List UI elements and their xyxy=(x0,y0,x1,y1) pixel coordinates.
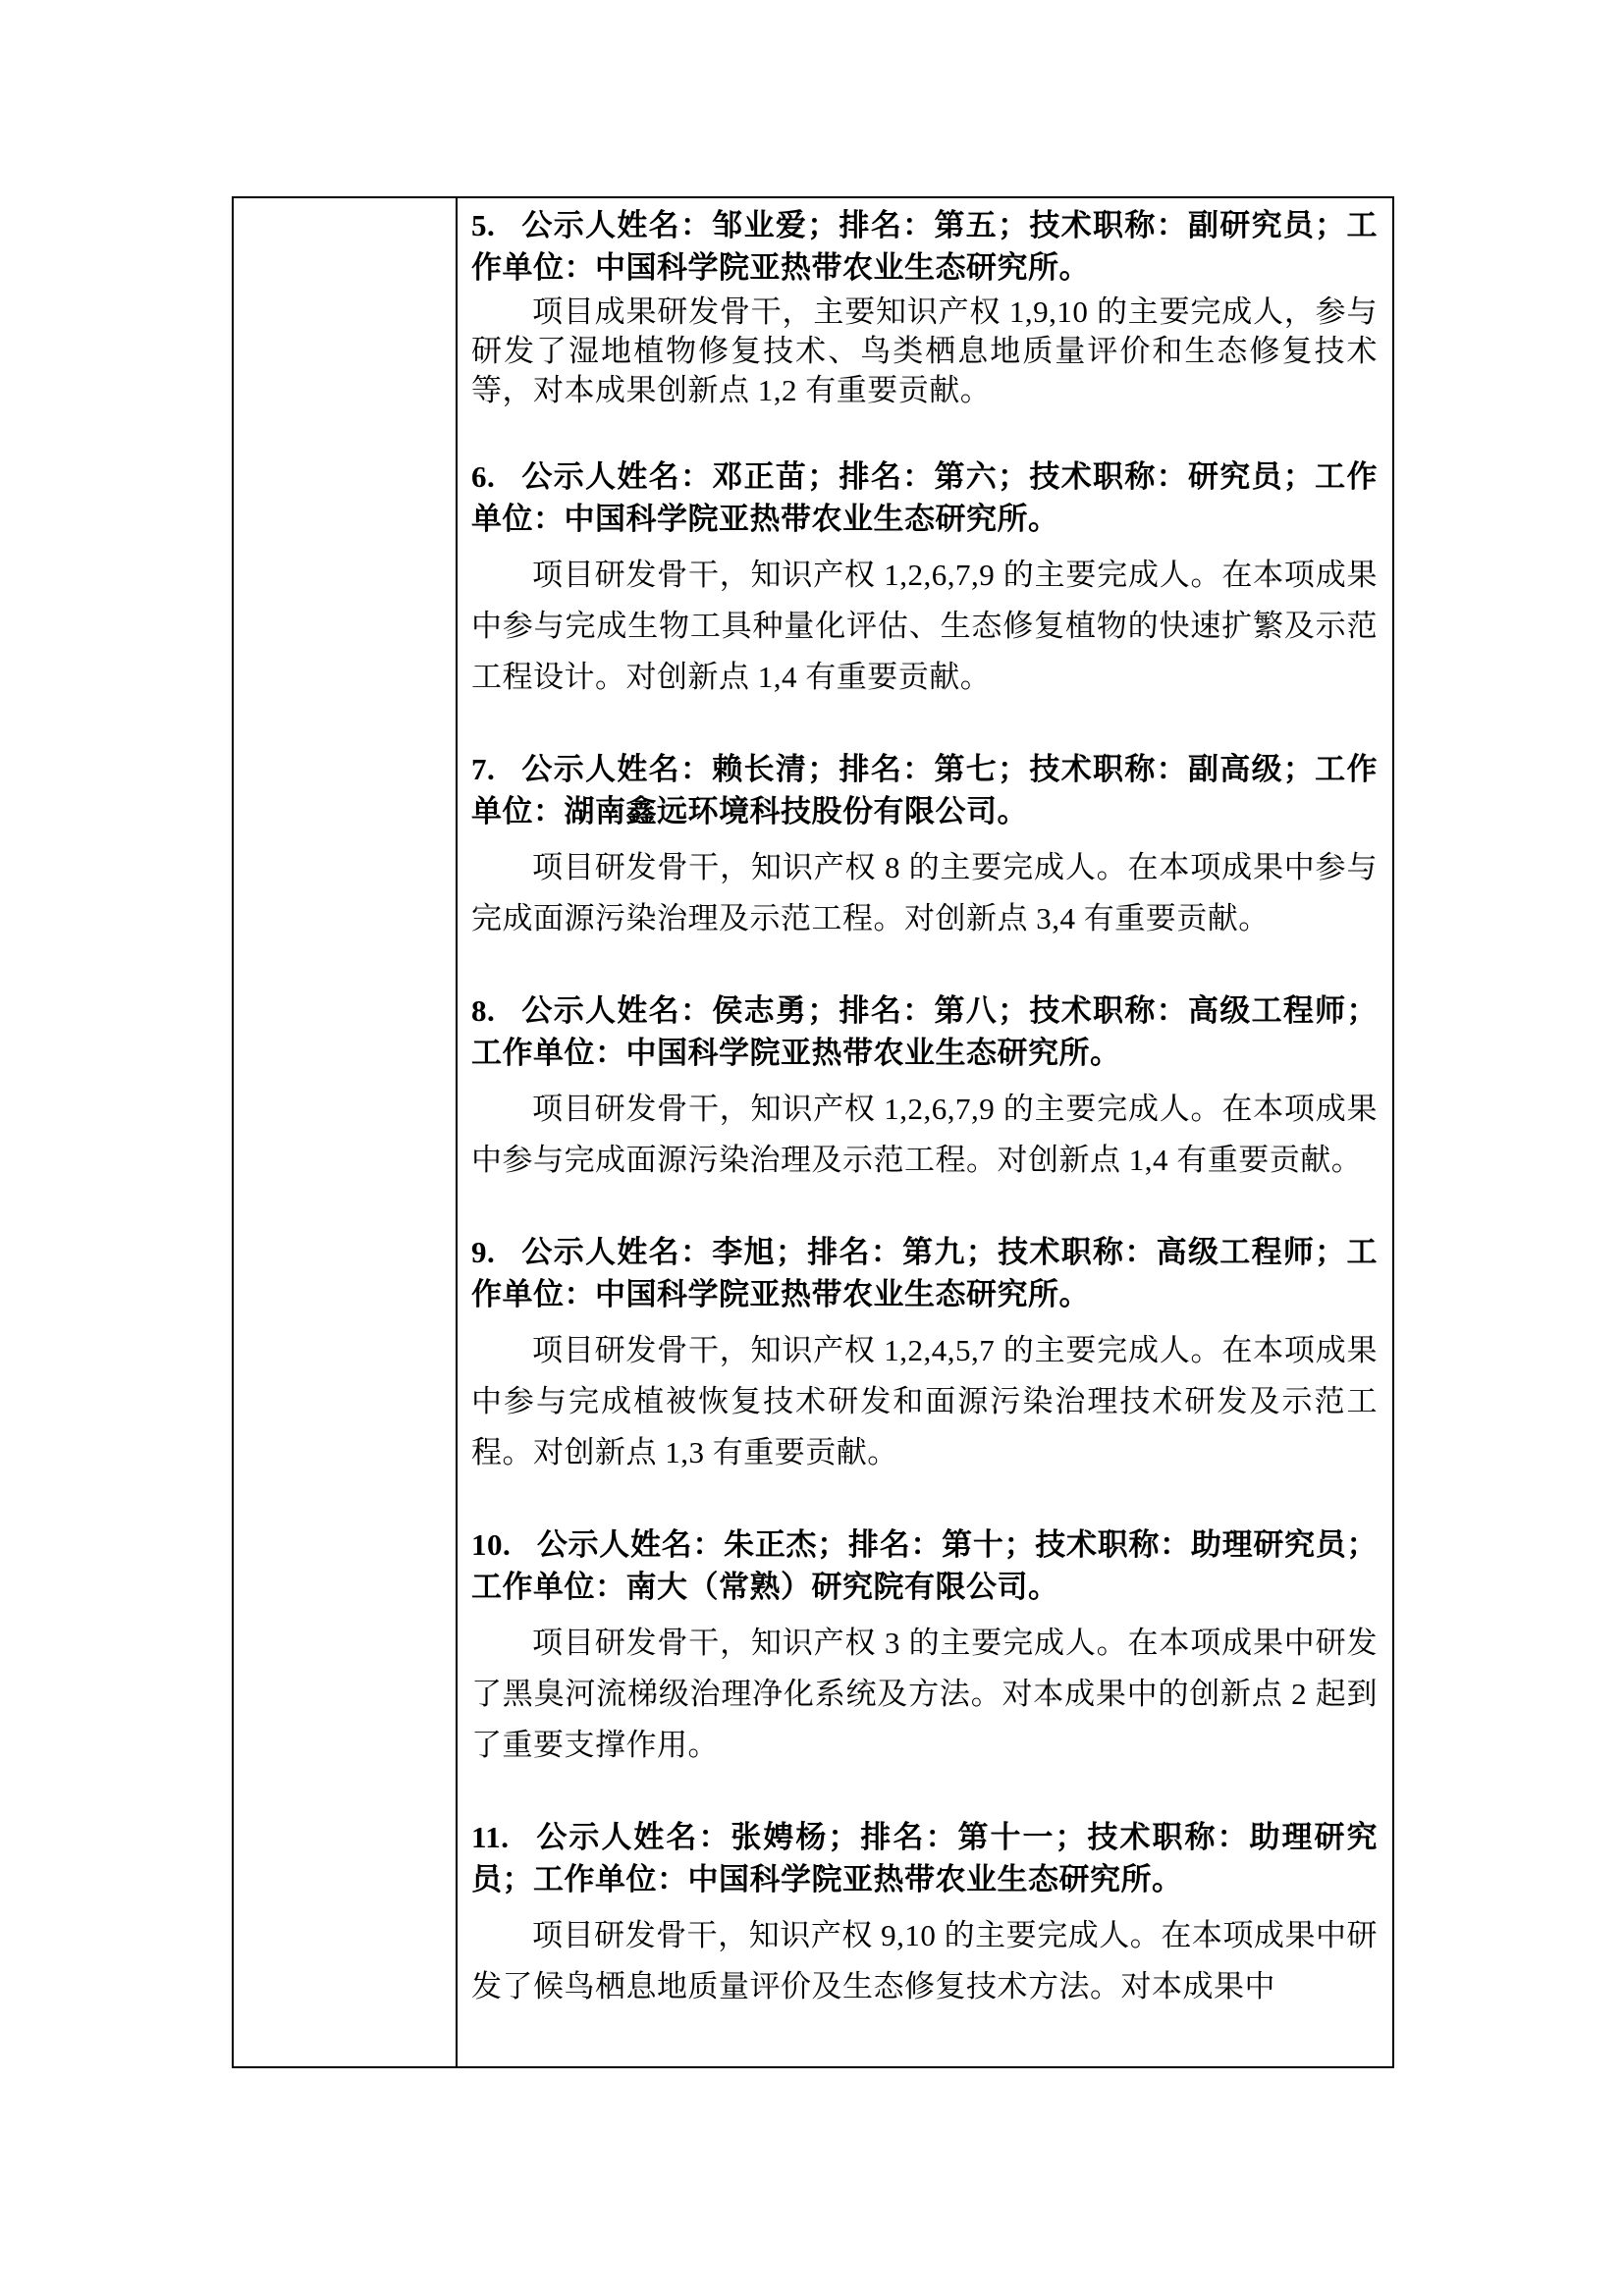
table-label-cell xyxy=(234,198,458,2066)
personnel-table: 5.公示人姓名：邹业爱；排名：第五；技术职称：副研究员；工作单位：中国科学院亚热… xyxy=(232,196,1394,2068)
entry-number: 11. xyxy=(471,1820,510,1854)
person-description: 项目研发骨干，知识产权 8 的主要完成人。在本项成果中参与完成面源污染治理及示范… xyxy=(471,842,1378,944)
person-heading: 7.公示人姓名：赖长清；排名：第七；技术职称：副高级；工作单位：湖南鑫远环境科技… xyxy=(471,748,1378,832)
person-description: 项目研发骨干，知识产权 1,2,6,7,9 的主要完成人。在本项成果中参与完成面… xyxy=(471,1084,1378,1186)
person-entry: 9.公示人姓名：李旭；排名：第九；技术职称：高级工程师；工作单位：中国科学院亚热… xyxy=(471,1231,1378,1478)
person-entry: 8.公示人姓名：侯志勇；排名：第八；技术职称：高级工程师；工作单位：中国科学院亚… xyxy=(471,989,1378,1186)
entry-heading-text: 公示人姓名：邹业爱；排名：第五；技术职称：副研究员；工作单位：中国科学院亚热带农… xyxy=(471,208,1378,285)
person-entry: 10.公示人姓名：朱正杰；排名：第十；技术职称：助理研究员；工作单位：南大（常熟… xyxy=(471,1523,1378,1771)
entry-heading-text: 公示人姓名：李旭；排名：第九；技术职称：高级工程师；工作单位：中国科学院亚热带农… xyxy=(471,1235,1378,1311)
person-description: 项目研发骨干，知识产权 3 的主要完成人。在本项成果中研发了黑臭河流梯级治理净化… xyxy=(471,1618,1378,1771)
entry-heading-text: 公示人姓名：赖长清；排名：第七；技术职称：副高级；工作单位：湖南鑫远环境科技股份… xyxy=(471,752,1378,828)
person-entry: 5.公示人姓名：邹业爱；排名：第五；技术职称：副研究员；工作单位：中国科学院亚热… xyxy=(471,204,1378,410)
person-description: 项目研发骨干，知识产权 1,2,4,5,7 的主要完成人。在本项成果中参与完成植… xyxy=(471,1325,1378,1478)
person-heading: 11.公示人姓名：张娉杨；排名：第十一；技术职称：助理研究员；工作单位：中国科学… xyxy=(471,1816,1378,1900)
entry-number: 5. xyxy=(471,208,495,242)
person-heading: 8.公示人姓名：侯志勇；排名：第八；技术职称：高级工程师；工作单位：中国科学院亚… xyxy=(471,989,1378,1074)
entry-number: 8. xyxy=(471,993,495,1028)
person-entry: 7.公示人姓名：赖长清；排名：第七；技术职称：副高级；工作单位：湖南鑫远环境科技… xyxy=(471,748,1378,944)
person-heading: 9.公示人姓名：李旭；排名：第九；技术职称：高级工程师；工作单位：中国科学院亚热… xyxy=(471,1231,1378,1315)
entry-number: 7. xyxy=(471,752,495,786)
person-description: 项目成果研发骨干，主要知识产权 1,9,10 的主要完成人，参与研发了湿地植物修… xyxy=(471,293,1378,410)
entry-number: 6. xyxy=(471,459,495,494)
entry-heading-text: 公示人姓名：朱正杰；排名：第十；技术职称：助理研究员；工作单位：南大（常熟）研究… xyxy=(471,1527,1378,1604)
person-description: 项目研发骨干，知识产权 1,2,6,7,9 的主要完成人。在本项成果中参与完成生… xyxy=(471,550,1378,703)
entry-heading-text: 公示人姓名：侯志勇；排名：第八；技术职称：高级工程师；工作单位：中国科学院亚热带… xyxy=(471,993,1378,1070)
person-entry: 6.公示人姓名：邓正苗；排名：第六；技术职称：研究员；工作单位：中国科学院亚热带… xyxy=(471,455,1378,703)
document-page: 5.公示人姓名：邹业爱；排名：第五；技术职称：副研究员；工作单位：中国科学院亚热… xyxy=(0,0,1624,2296)
entry-number: 9. xyxy=(471,1235,495,1269)
table-content-cell: 5.公示人姓名：邹业爱；排名：第五；技术职称：副研究员；工作单位：中国科学院亚热… xyxy=(458,198,1392,2066)
person-heading: 5.公示人姓名：邹业爱；排名：第五；技术职称：副研究员；工作单位：中国科学院亚热… xyxy=(471,204,1378,289)
person-entry: 11.公示人姓名：张娉杨；排名：第十一；技术职称：助理研究员；工作单位：中国科学… xyxy=(471,1816,1378,2012)
entry-heading-text: 公示人姓名：邓正苗；排名：第六；技术职称：研究员；工作单位：中国科学院亚热带农业… xyxy=(471,459,1378,536)
person-heading: 6.公示人姓名：邓正苗；排名：第六；技术职称：研究员；工作单位：中国科学院亚热带… xyxy=(471,455,1378,540)
entry-heading-text: 公示人姓名：张娉杨；排名：第十一；技术职称：助理研究员；工作单位：中国科学院亚热… xyxy=(471,1820,1378,1896)
entry-number: 10. xyxy=(471,1527,511,1562)
person-description: 项目研发骨干，知识产权 9,10 的主要完成人。在本项成果中研发了候鸟栖息地质量… xyxy=(471,1910,1378,2012)
person-heading: 10.公示人姓名：朱正杰；排名：第十；技术职称：助理研究员；工作单位：南大（常熟… xyxy=(471,1523,1378,1608)
